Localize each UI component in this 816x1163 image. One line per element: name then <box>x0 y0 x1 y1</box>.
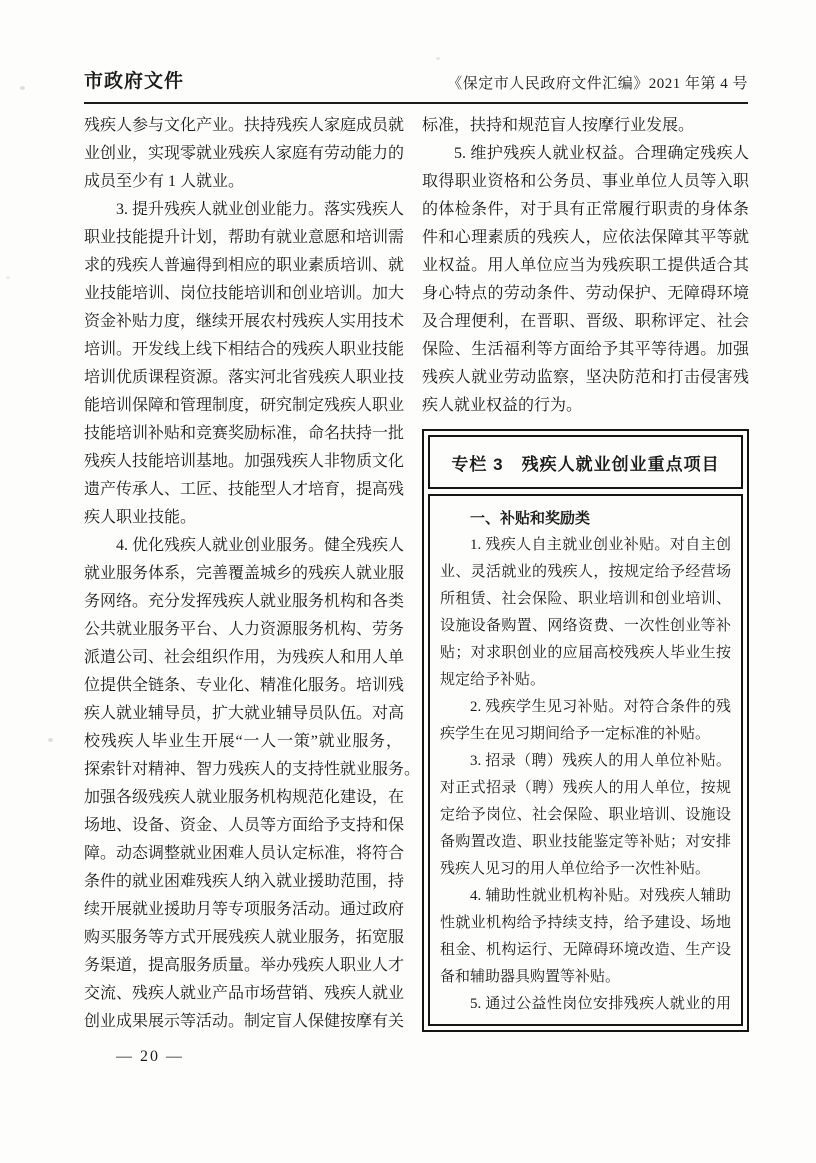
text-line: 求的残疾人普遍得到相应的职业素质培训、就 <box>84 252 402 280</box>
text-line: 遗产传承人、工匠、技能型人才培育，提高残 <box>84 476 402 504</box>
text-columns: 残疾人参与文化产业。扶持残疾人家庭成员就业创业，实现零就业残疾人家庭有劳动能力的… <box>84 112 749 1036</box>
text-line: 5. 维护残疾人就业权益。合理确定残疾人 <box>422 140 749 168</box>
scan-speck <box>6 276 10 279</box>
text-line: 3. 提升残疾人就业创业能力。落实残疾人 <box>84 196 402 224</box>
text-line: 培训优质课程资源。落实河北省残疾人职业技 <box>84 364 402 392</box>
text-line: 的体检条件，对于具有正常履行职责的身体条 <box>422 196 749 224</box>
text-line: 创业成果展示等活动。制定盲人保健按摩有关 <box>84 1008 402 1036</box>
text-line: 5. 通过公益性岗位安排残疾人就业的用 <box>440 991 731 1018</box>
page-number: — 20 — <box>116 1048 184 1066</box>
text-line: 续开展就业援助月等专项服务活动。通过政府 <box>84 896 402 924</box>
text-line: 备购置改造、职业技能鉴定等补贴；对安排 <box>440 829 731 856</box>
text-line: 定给予岗位、社会保险、职业培训、设施设 <box>440 802 731 829</box>
text-line: 资金补贴力度，继续开展农村残疾人实用技术 <box>84 308 402 336</box>
text-line: 疾人就业权益的行为。 <box>422 392 749 420</box>
text-line: 位提供全链条、专业化、精准化服务。培训残 <box>84 672 402 700</box>
scan-speck <box>436 57 440 60</box>
text-line: 2. 残疾学生见习补贴。对符合条件的残 <box>440 694 731 721</box>
text-line: 1. 残疾人自主就业创业补贴。对自主创 <box>440 532 731 559</box>
text-line: 4. 优化残疾人就业创业服务。健全残疾人 <box>84 532 402 560</box>
text-line: 残疾人就业劳动监察，坚决防范和打击侵害残 <box>422 364 749 392</box>
text-line: 件和心理素质的残疾人，应依法保障其平等就 <box>422 224 749 252</box>
text-line: 及合理便利，在晋职、晋级、职称评定、社会 <box>422 308 749 336</box>
text-line: 3. 招录（聘）残疾人的用人单位补贴。 <box>440 748 731 775</box>
text-line: 培训。开发线上线下相结合的残疾人职业技能 <box>84 336 402 364</box>
text-line: 疾人就业辅导员，扩大就业辅导员队伍。对高 <box>84 700 402 728</box>
text-line: 所租赁、社会保险、职业培训和创业培训、 <box>440 586 731 613</box>
document-page: 市政府文件 《保定市人民政府文件汇编》2021 年第 4 号 残疾人参与文化产业… <box>0 0 816 1163</box>
text-line: 残疾人技能培训基地。加强残疾人非物质文化 <box>84 448 402 476</box>
text-line: 交流、残疾人就业产品市场营销、残疾人就业 <box>84 980 402 1008</box>
text-line: 性就业机构给予持续支持，给予建设、场地 <box>440 910 731 937</box>
text-line: 就业服务体系，完善覆盖城乡的残疾人就业服 <box>84 560 402 588</box>
running-header: 市政府文件 《保定市人民政府文件汇编》2021 年第 4 号 <box>84 66 748 104</box>
right-column: 标准，扶持和规范盲人按摩行业发展。5. 维护残疾人就业权益。合理确定残疾人取得职… <box>422 112 749 1036</box>
text-line: 派遣公司、社会组织作用，为残疾人和用人单 <box>84 644 402 672</box>
text-line: 业创业，实现零就业残疾人家庭有劳动能力的 <box>84 140 402 168</box>
text-line: 对正式招录（聘）残疾人的用人单位，按规 <box>440 775 731 802</box>
text-line: 租金、机构运行、无障碍环境改造、生产设 <box>440 937 731 964</box>
text-line: 能培训保障和管理制度，研究制定残疾人职业 <box>84 392 402 420</box>
text-line: 标准，扶持和规范盲人按摩行业发展。 <box>422 112 749 140</box>
text-line: 残疾人参与文化产业。扶持残疾人家庭成员就 <box>84 112 402 140</box>
panel-title: 专栏 3 残疾人就业创业重点项目 <box>428 435 743 489</box>
text-line: 备和辅助器具购置等补贴。 <box>440 964 731 991</box>
panel-body: 一、补贴和奖励类1. 残疾人自主就业创业补贴。对自主创业、灵活就业的残疾人，按规… <box>428 494 743 1026</box>
text-line: 公共就业服务平台、人力资源服务机构、劳务 <box>84 616 402 644</box>
scan-speck <box>20 86 25 90</box>
text-line: 残疾人见习的用人单位给予一次性补贴。 <box>440 856 731 883</box>
text-line: 购买服务等方式开展残疾人就业服务，拓宽服 <box>84 924 402 952</box>
right-column-text: 标准，扶持和规范盲人按摩行业发展。5. 维护残疾人就业权益。合理确定残疾人取得职… <box>422 112 749 420</box>
text-line: 务渠道，提高服务质量。举办残疾人职业人才 <box>84 952 402 980</box>
text-line: 贴；对求职创业的应届高校残疾人毕业生按 <box>440 640 731 667</box>
text-line: 保险、生活福利等方面给予其平等待遇。加强 <box>422 336 749 364</box>
text-line: 成员至少有 1 人就业。 <box>84 168 402 196</box>
scan-speck <box>48 738 53 742</box>
text-line: 设施设备购置、网络资费、一次性创业等补 <box>440 613 731 640</box>
header-compilation-title: 《保定市人民政府文件汇编》2021 年第 4 号 <box>447 72 748 93</box>
panel-column-3: 专栏 3 残疾人就业创业重点项目 一、补贴和奖励类1. 残疾人自主就业创业补贴。… <box>422 429 749 1032</box>
text-line: 技能培训补贴和竞赛奖励标准，命名扶持一批 <box>84 420 402 448</box>
text-line: 疾学生在见习期间给予一定标准的补贴。 <box>440 721 731 748</box>
text-line: 障。动态调整就业困难人员认定标准，将符合 <box>84 840 402 868</box>
text-line: 疾人职业技能。 <box>84 504 402 532</box>
text-line: 务网络。充分发挥残疾人就业服务机构和各类 <box>84 588 402 616</box>
text-line: 业权益。用人单位应当为残疾职工提供适合其 <box>422 252 749 280</box>
text-line: 探索针对精神、智力残疾人的支持性就业服务。 <box>84 756 402 784</box>
text-line: 规定给予补贴。 <box>440 667 731 694</box>
text-line: 取得职业资格和公务员、事业单位人员等入职 <box>422 168 749 196</box>
text-line: 职业技能提升计划，帮助有就业意愿和培训需 <box>84 224 402 252</box>
text-line: 条件的就业困难残疾人纳入就业援助范围，持 <box>84 868 402 896</box>
text-line: 场地、设备、资金、人员等方面给予支持和保 <box>84 812 402 840</box>
text-line: 校残疾人毕业生开展“一人一策”就业服务， <box>84 728 402 756</box>
header-doc-type: 市政府文件 <box>84 66 184 93</box>
text-line: 4. 辅助性就业机构补贴。对残疾人辅助 <box>440 883 731 910</box>
text-line: 业技能培训、岗位技能培训和创业培训。加大 <box>84 280 402 308</box>
text-line: 一、补贴和奖励类 <box>440 505 731 532</box>
text-line: 身心特点的劳动条件、劳动保护、无障碍环境 <box>422 280 749 308</box>
text-line: 加强各级残疾人就业服务机构规范化建设，在 <box>84 784 402 812</box>
left-column: 残疾人参与文化产业。扶持残疾人家庭成员就业创业，实现零就业残疾人家庭有劳动能力的… <box>84 112 402 1036</box>
text-line: 业、灵活就业的残疾人，按规定给予经营场 <box>440 559 731 586</box>
